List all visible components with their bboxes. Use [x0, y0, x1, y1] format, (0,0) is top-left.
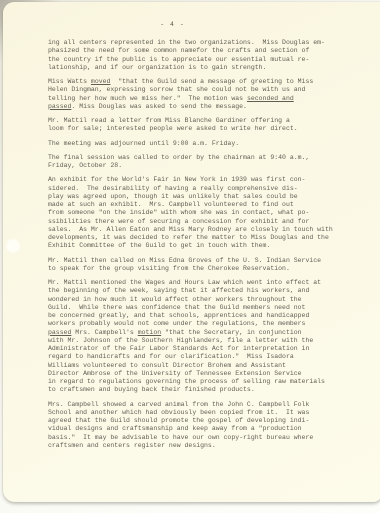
paragraph: Mr. Mattil then called on Miss Edna Grov…	[48, 257, 344, 274]
text-segment: Mr. Mattil mentioned the Wages and Hours…	[48, 279, 321, 327]
underlined-text: motion	[138, 329, 161, 336]
paragraph: Miss Watts moved "that the Guild send a …	[48, 78, 344, 111]
text-segment: Mrs. Campbell showed a carved animal fro…	[48, 401, 313, 449]
paragraph: Mrs. Campbell showed a carved animal fro…	[48, 401, 344, 451]
underlined-text: passed	[48, 329, 71, 336]
paragraph: Mr. Mattil read a letter from Miss Blanc…	[48, 117, 344, 134]
text-segment: Mr. Mattil read a letter from Miss Blanc…	[48, 117, 298, 132]
paragraph: The meeting was adjourned until 9:00 a.m…	[48, 140, 344, 148]
text-segment: The meeting was adjourned until 9:00 a.m…	[48, 140, 239, 147]
text-segment: An exhibit for the World's Fair in New Y…	[48, 176, 333, 249]
document-body: ing all centers represented in the two o…	[48, 39, 344, 456]
page-number: - 4 -	[3, 21, 342, 28]
paragraph: Mr. Mattil mentioned the Wages and Hours…	[48, 279, 344, 395]
paragraph: ing all centers represented in the two o…	[48, 39, 344, 72]
text-segment: Mr. Mattil then called on Miss Edna Grov…	[48, 257, 321, 272]
text-segment: The final session was called to order by…	[48, 154, 309, 169]
text-segment: . Miss Douglas was asked to send the mes…	[71, 103, 247, 110]
document-page: - 4 - ing all centers represented in the…	[3, 2, 380, 502]
text-segment: Miss Watts	[48, 78, 91, 85]
paragraph: An exhibit for the World's Fair in New Y…	[48, 176, 344, 250]
text-segment: ing all centers represented in the two o…	[48, 39, 325, 71]
punch-hole	[7, 240, 19, 252]
underlined-text: moved	[91, 78, 111, 85]
paragraph: The final session was called to order by…	[48, 154, 344, 171]
text-segment: Mrs. Campbell's	[71, 329, 137, 336]
text-segment: "that the Secretary, in conjunction with…	[48, 329, 325, 394]
